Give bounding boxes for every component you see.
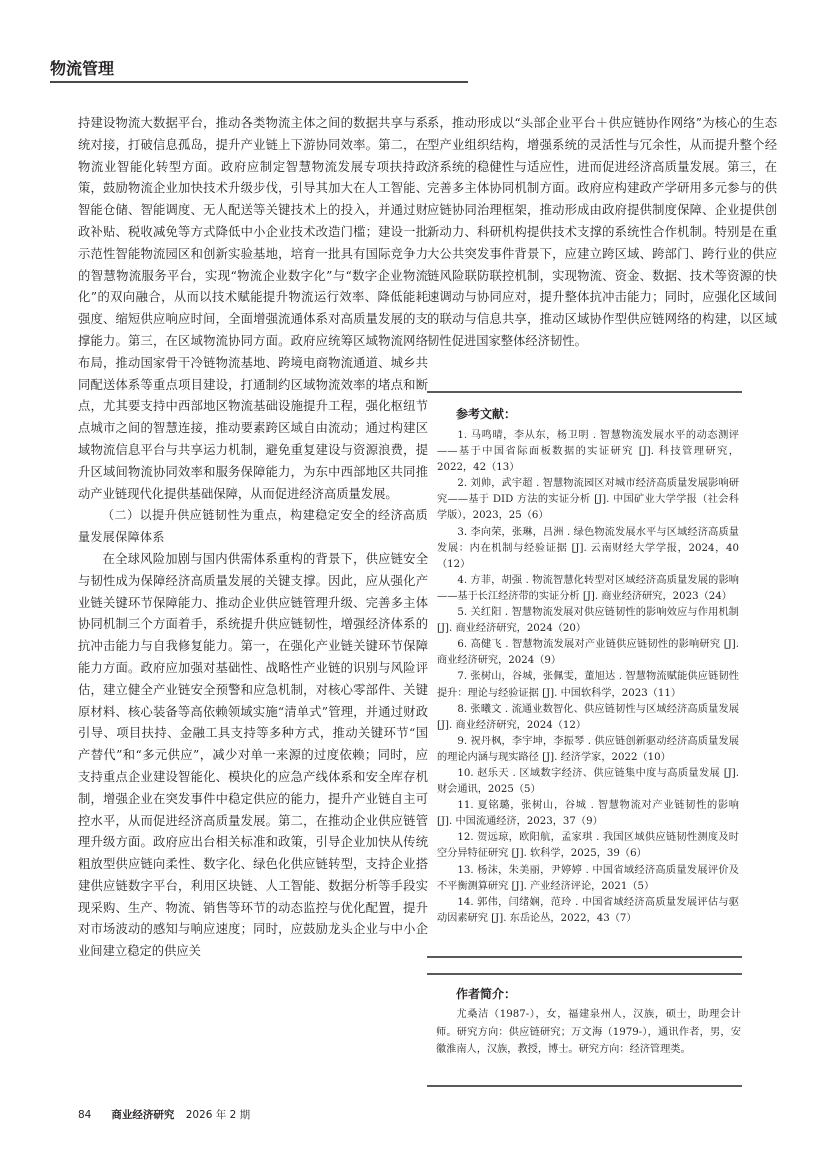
header-rule	[50, 81, 468, 83]
reference-item: 14. 郭伟，闫绪娴，范玲 . 中国省域经济高质量发展评估与驱动因素研究 [J]…	[437, 895, 739, 927]
reference-item: 13. 杨沫，朱美丽，尹婷婷 . 中国省域经济高质量发展评价及不平衡测算研究 […	[437, 863, 739, 895]
reference-item: 10. 赵乐天 . 区域数字经济、供应链集中度与高质量发展 [J]. 财会通讯，…	[437, 766, 739, 798]
body-paragraph: 系，推动形成以“头部企业平台＋供应链协作网络”为核心的生态型产业组织结构，增强系…	[427, 113, 777, 353]
references-top-rule	[427, 391, 742, 393]
section-title: 物流管理	[50, 58, 468, 80]
running-header: 物流管理	[50, 58, 468, 80]
right-column: 系，推动形成以“头部企业平台＋供应链协作网络”为核心的生态型产业组织结构，增强系…	[427, 113, 777, 353]
page-footer: 84 商业经济研究 2026 年 2 期	[78, 1108, 250, 1122]
bio-top-rule	[427, 973, 742, 975]
author-bio: 尤桑洁（1987-），女，福建泉州人，汉族，硕士，助理会计师。研究方向：供应链研…	[436, 1006, 741, 1059]
reference-item: 6. 高健飞 . 智慧物流发展对产业链供应链韧性的影响研究 [J]. 商业经济研…	[437, 637, 739, 669]
reference-item: 4. 方菲，胡强 . 物流智慧化转型对区域经济高质量发展的影响——基于长江经济带…	[437, 573, 739, 605]
reference-item: 8. 张曦文 . 流通业数智化、供应链韧性与区域经济高质量发展 [J]. 商业经…	[437, 702, 739, 734]
author-bio-text: 尤桑洁（1987-），女，福建泉州人，汉族，硕士，助理会计师。研究方向：供应链研…	[436, 1006, 741, 1059]
author-bio-title: 作者简介：	[456, 986, 516, 1002]
reference-item: 12. 贺远琼，欧阳航，孟家琪 . 我国区域供应链韧性测度及时空分异特征研究 […	[437, 830, 739, 862]
references-list: 1. 马鸣晴，李从东，杨卫明 . 智慧物流发展水平的动态测评——基于中国省际面板…	[437, 428, 739, 927]
page-number: 84	[78, 1108, 108, 1122]
reference-item: 11. 夏铭璐，张树山，谷城 . 智慧物流对产业链韧性的影响 [J]. 中国流通…	[437, 798, 739, 830]
reference-item: 3. 李向荣，张琳，吕洲 . 绿色物流发展水平与区域经济高质量发展：内在机制与经…	[437, 525, 739, 573]
reference-item: 1. 马鸣晴，李从东，杨卫明 . 智慧物流发展水平的动态测评——基于中国省际面板…	[437, 428, 739, 476]
reference-item: 5. 关红阳 . 智慧物流发展对供应链韧性的影响效应与作用机制 [J]. 商业经…	[437, 605, 739, 637]
subheading: （二）以提升供应链韧性为重点，构建稳定安全的经济高质量发展保障体系	[78, 505, 428, 549]
reference-item: 9. 祝丹枫，李宇坤，李振琴 . 供应链创新驱动经济高质量发展的理论内涵与现实路…	[437, 734, 739, 766]
left-column: 持建设物流大数据平台，推动各类物流主体之间的数据共享与系统对接，打破信息孤岛，提…	[78, 113, 428, 963]
body-paragraph: 在全球风险加剧与国内供需体系重构的背景下，供应链安全与韧性成为保障经济高质量发展…	[78, 549, 428, 963]
reference-item: 2. 刘帅，武宇超 . 智慧物流园区对城市经济高质量发展影响研究——基于 DID…	[437, 476, 739, 524]
reference-item: 7. 张树山，谷城，张佩雯，董旭达 . 智慧物流赋能供应链韧性提升：理论与经验证…	[437, 669, 739, 701]
references-bottom-rule	[427, 956, 742, 958]
references-title: 参考文献：	[456, 406, 516, 422]
body-paragraph: 持建设物流大数据平台，推动各类物流主体之间的数据共享与系统对接，打破信息孤岛，提…	[78, 113, 428, 505]
issue-label: 2026 年 2 期	[186, 1109, 250, 1121]
bio-bottom-rule	[427, 1085, 742, 1087]
journal-name: 商业经济研究	[111, 1109, 174, 1121]
